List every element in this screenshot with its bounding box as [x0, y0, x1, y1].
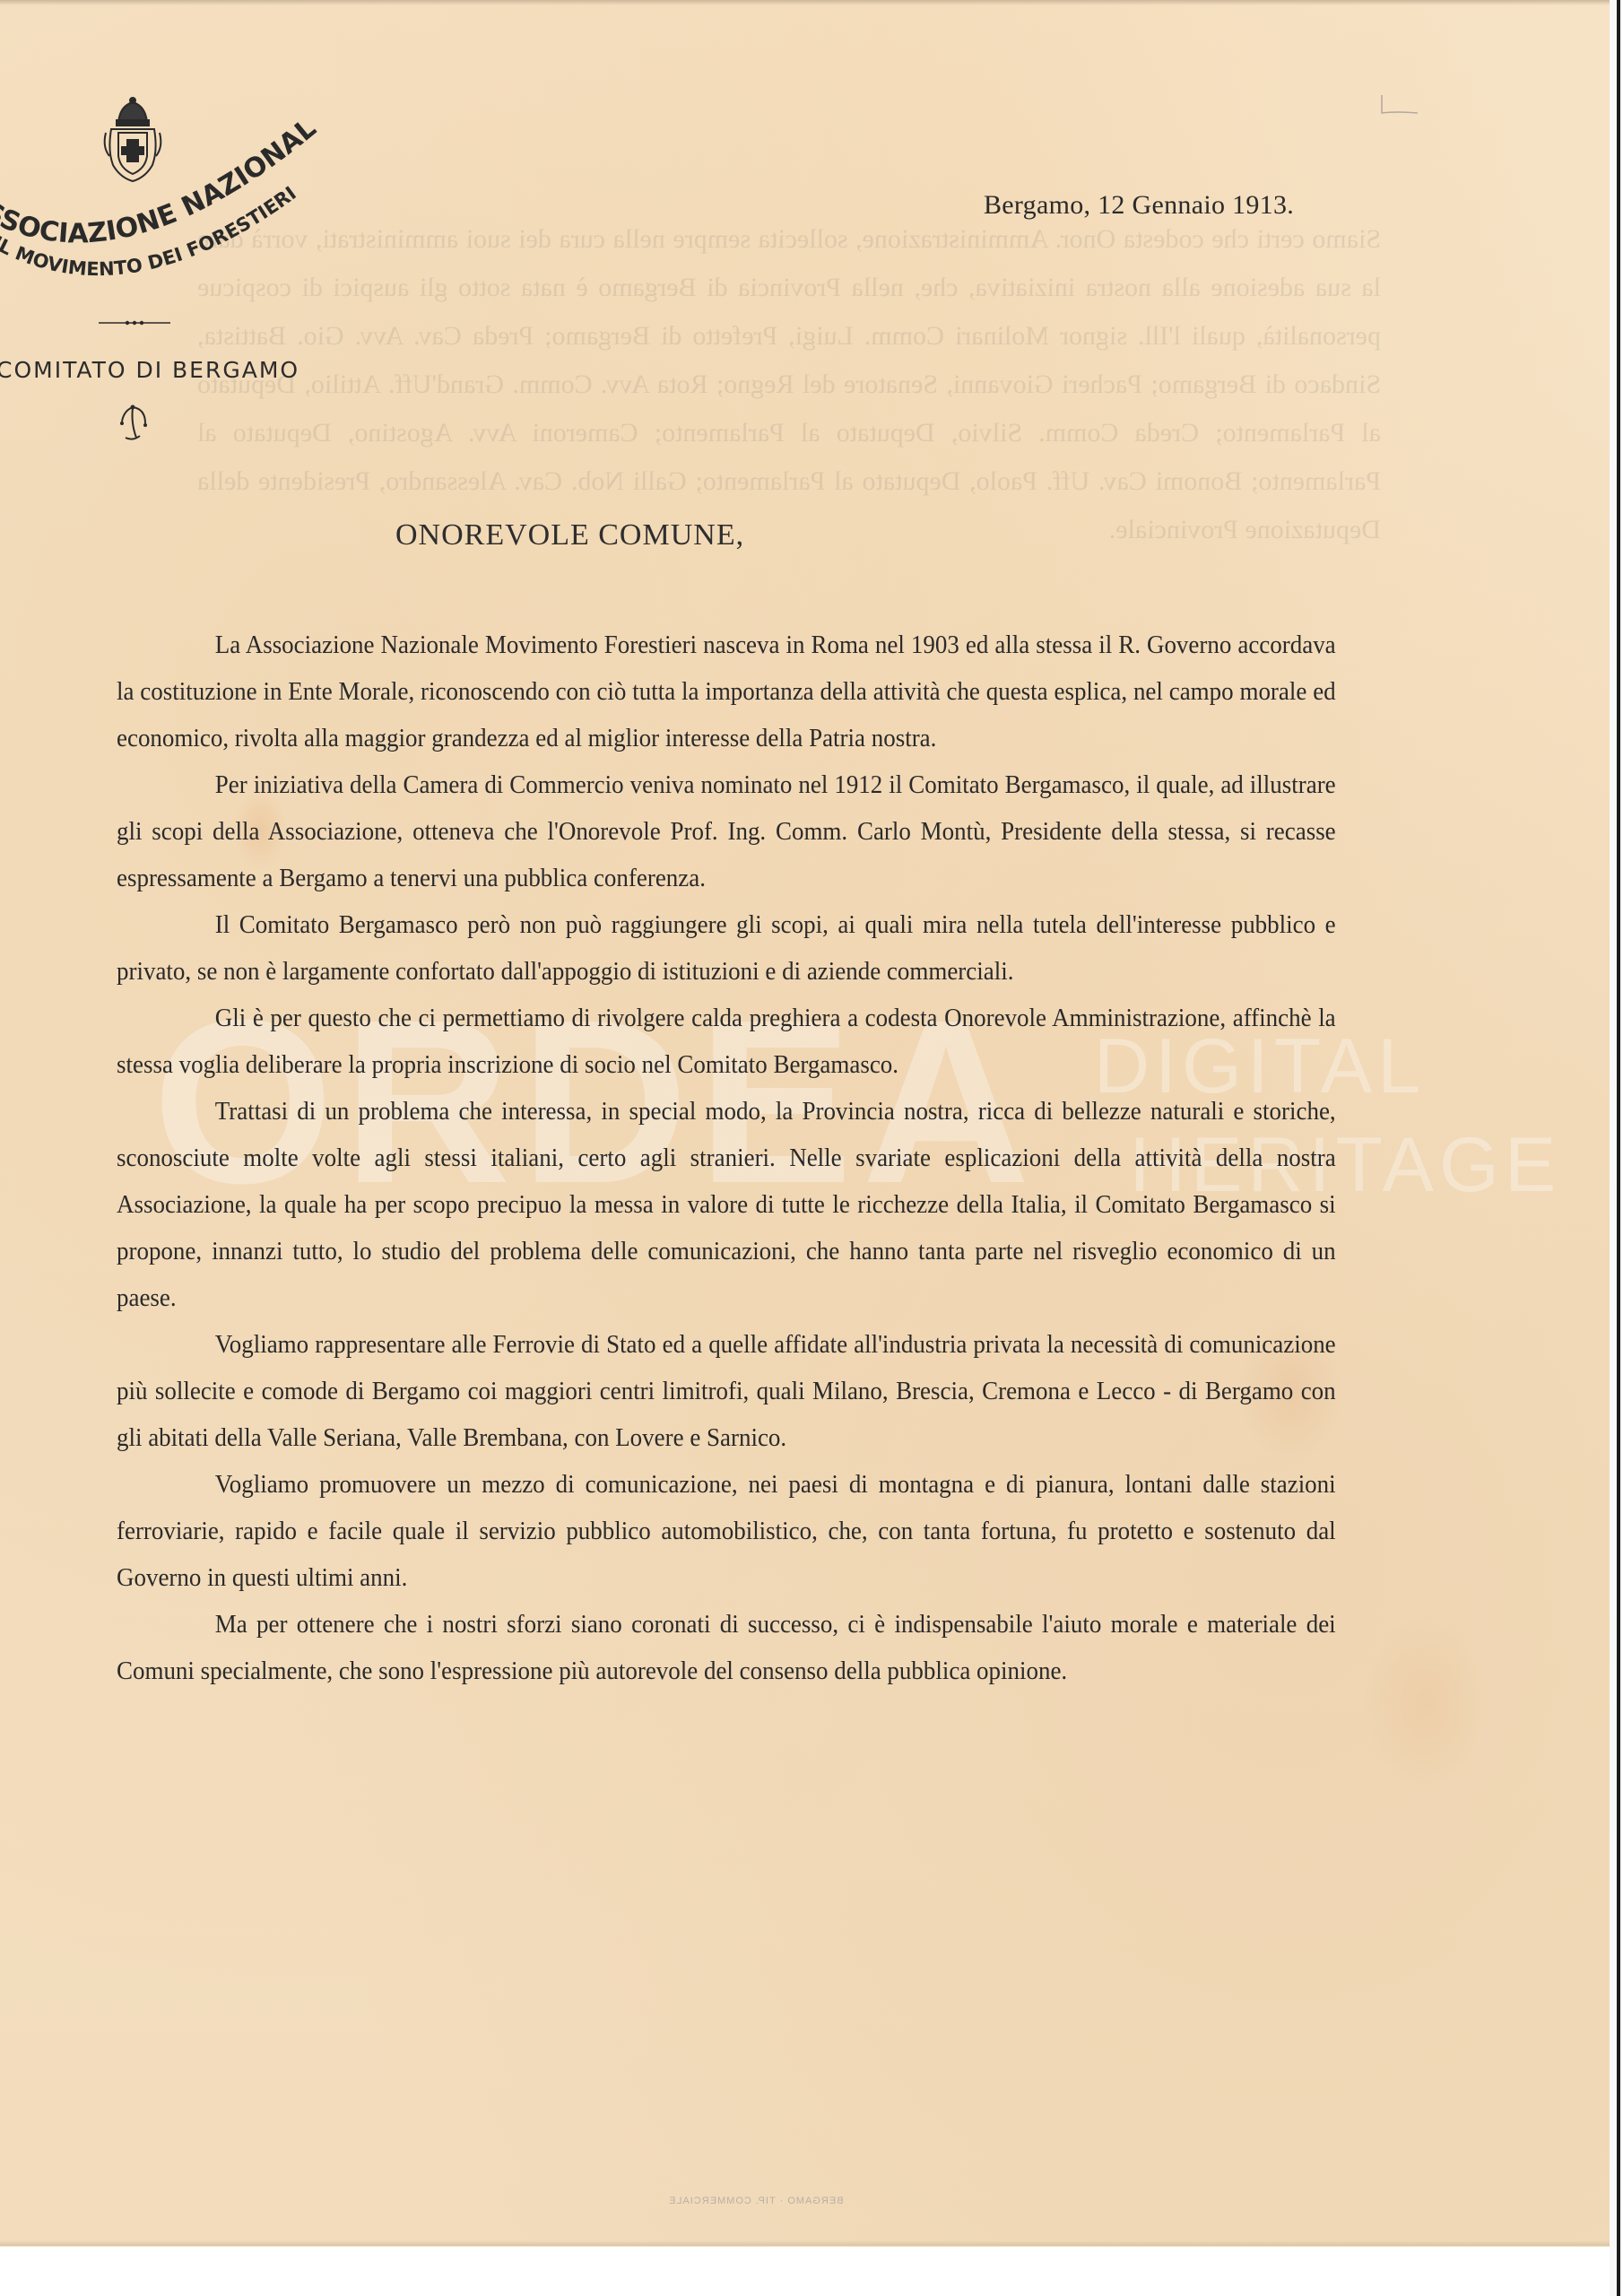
pencil-mark [1377, 93, 1422, 120]
divider-ornament [99, 318, 170, 327]
reverse-printer-imprint: BERGAMO · TIP. COMMERCIALE [668, 2196, 844, 2206]
flourish-ornament-icon [115, 402, 151, 443]
paragraph: Gli è per questo che ci permettiamo di r… [117, 995, 1336, 1088]
stain [1363, 1614, 1488, 1794]
letter-body: La Associazione Nazionale Movimento Fore… [117, 622, 1336, 1694]
page-bottom-edge [0, 2240, 1610, 2246]
paragraph: Vogliamo promuovere un mezzo di comunica… [117, 1461, 1336, 1601]
paragraph: Ma per ottenere che i nostri sforzi sian… [117, 1601, 1336, 1694]
scanner-edge [1610, 0, 1620, 2296]
paragraph: Trattasi di un problema che interessa, i… [117, 1088, 1336, 1321]
letterhead-arc-title: ASSOCIAZIONE NAZIONALE ITALIANA IL MOVIM… [0, 99, 350, 332]
scanned-page: Siamo certi che codesta Onor. Amministra… [0, 0, 1610, 2247]
paragraph: La Associazione Nazionale Movimento Fore… [117, 622, 1336, 761]
paragraph: Il Comitato Bergamasco però non può ragg… [117, 901, 1336, 995]
committee-name: COMITATO DI BERGAMO [0, 357, 299, 383]
svg-text:ASSOCIAZIONE NAZIONALE ITALIAN: ASSOCIAZIONE NAZIONALE ITALIANA [0, 99, 322, 249]
paragraph: Vogliamo rappresentare alle Ferrovie di … [117, 1321, 1336, 1461]
reverse-side-bleed-through: Siamo certi che codesta Onor. Amministra… [197, 215, 1381, 554]
org-name-line-1: ASSOCIAZIONE NAZIONALE ITALIANA [0, 99, 322, 249]
page-top-edge [0, 0, 1610, 5]
date-line: Bergamo, 12 Gennaio 1913. [984, 190, 1294, 221]
salutation: ONOREVOLE COMUNE, [395, 518, 744, 552]
paragraph: Per iniziativa della Camera di Commercio… [117, 761, 1336, 901]
